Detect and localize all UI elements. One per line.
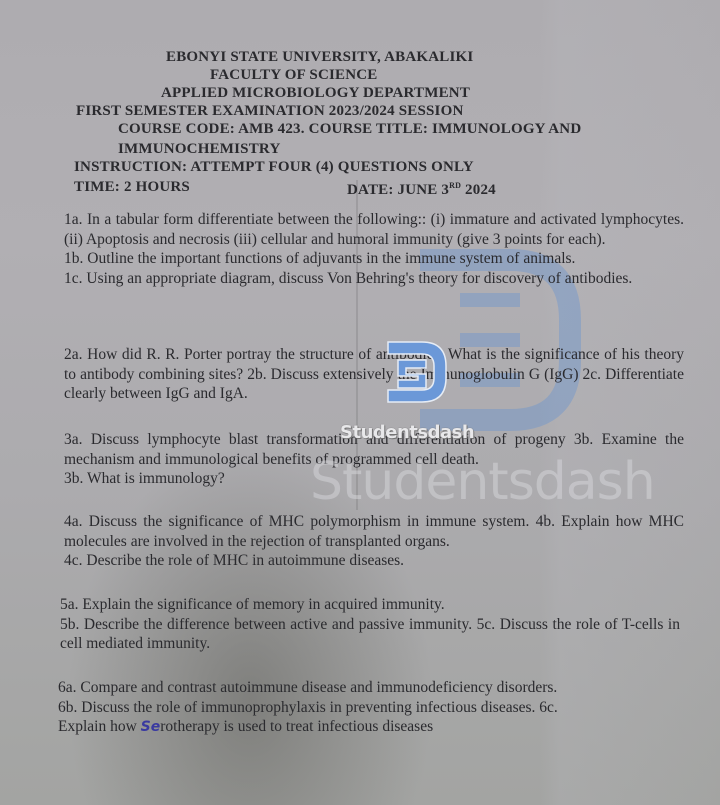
- question-1b: 1b. Outline the important functions of a…: [64, 249, 684, 269]
- studentsdash-watermark-logo: [382, 336, 452, 408]
- question-6: 6a. Compare and contrast autoimmune dise…: [58, 678, 678, 738]
- course-title-continued: IMMUNOCHEMISTRY: [118, 140, 280, 158]
- question-2: 2a. How did R. R. Porter portray the str…: [64, 345, 684, 404]
- question-2a-2c: 2a. How did R. R. Porter portray the str…: [64, 345, 684, 404]
- question-4: 4a. Discuss the significance of MHC poly…: [64, 512, 684, 571]
- question-4c: 4c. Describe the role of MHC in autoimmu…: [64, 551, 684, 571]
- handwritten-correction: Se: [141, 719, 161, 735]
- department-name: APPLIED MICROBIOLOGY DEPARTMENT: [161, 84, 470, 102]
- faculty-name: FACULTY OF SCIENCE: [210, 66, 378, 84]
- course-code-title: COURSE CODE: AMB 423. COURSE TITLE: IMMU…: [118, 120, 581, 138]
- question-6c: Explain how Serotherapy is used to treat…: [58, 717, 678, 738]
- question-6b: 6b. Discuss the role of immunoprophylaxi…: [58, 698, 678, 718]
- instruction: INSTRUCTION: ATTEMPT FOUR (4) QUESTIONS …: [74, 158, 474, 176]
- studentsdash-watermark-text: Studentsdash: [340, 422, 474, 443]
- studentsdash-watermark-text-large: Studentsdash: [310, 452, 655, 512]
- exam-date: DATE: JUNE 3RD 2024: [347, 177, 496, 199]
- question-1: 1a. In a tabular form differentiate betw…: [64, 210, 684, 288]
- question-1a: 1a. In a tabular form differentiate betw…: [64, 210, 684, 249]
- question-5: 5a. Explain the significance of memory i…: [60, 595, 680, 654]
- question-1c: 1c. Using an appropriate diagram, discus…: [64, 269, 684, 289]
- question-6a: 6a. Compare and contrast autoimmune dise…: [58, 678, 678, 698]
- question-5a: 5a. Explain the significance of memory i…: [60, 595, 680, 615]
- exam-time: TIME: 2 HOURS: [74, 178, 190, 196]
- exam-session: FIRST SEMESTER EXAMINATION 2023/2024 SES…: [76, 102, 464, 120]
- question-4a-4b: 4a. Discuss the significance of MHC poly…: [64, 512, 684, 551]
- question-5b-5c: 5b. Describe the difference between acti…: [60, 615, 680, 654]
- university-name: EBONYI STATE UNIVERSITY, ABAKALIKI: [166, 48, 473, 66]
